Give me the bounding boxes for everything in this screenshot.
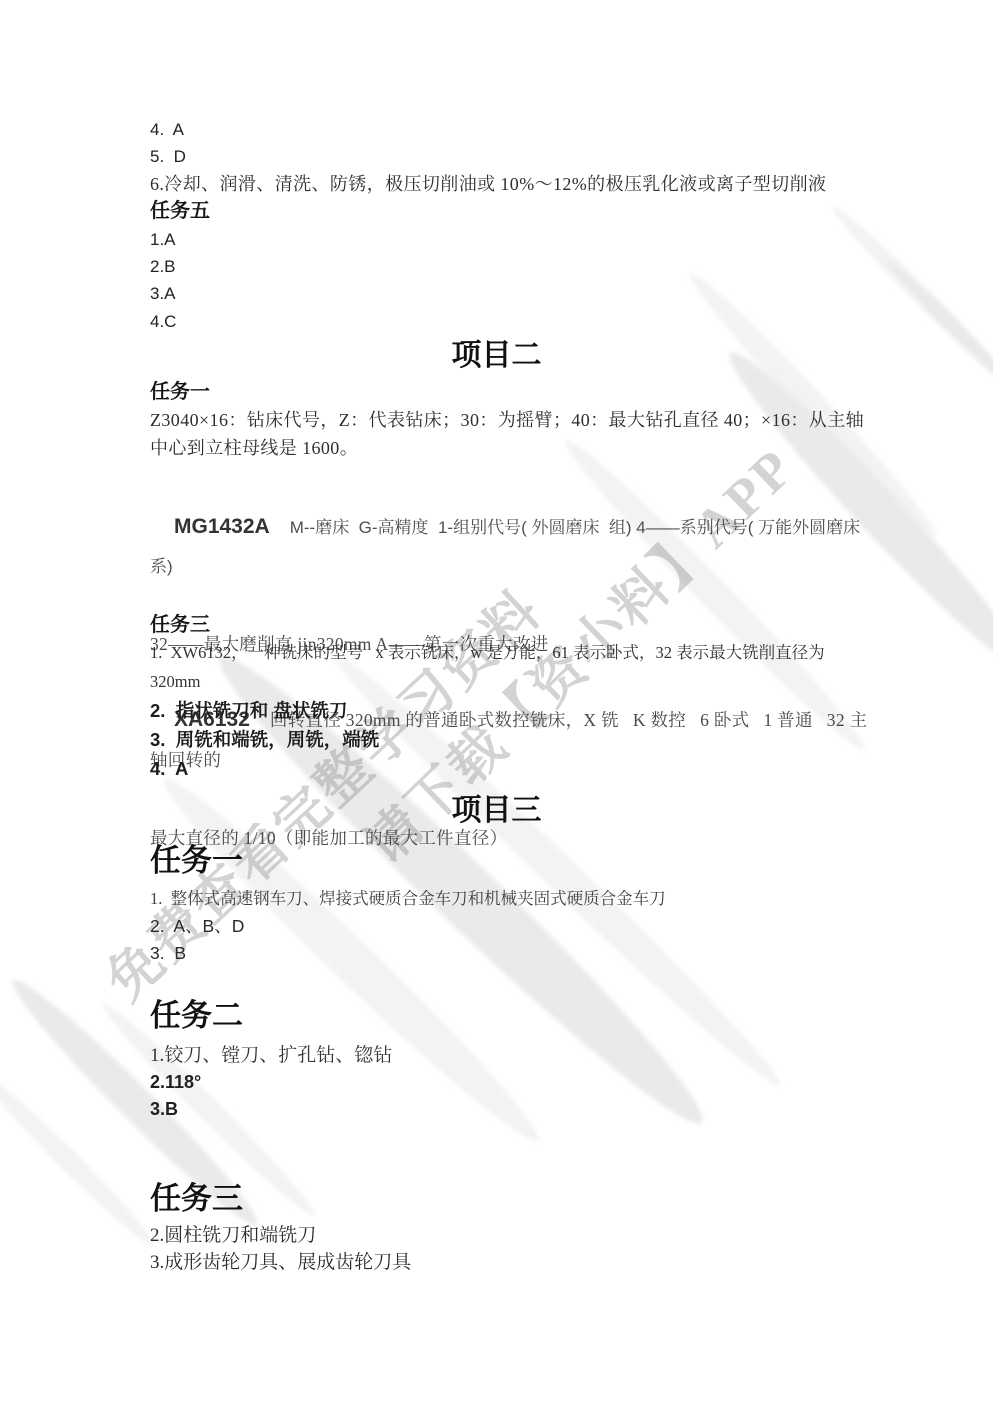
answer-line: 3. B — [150, 940, 873, 968]
task3-heading: 任务三 — [150, 1179, 873, 1219]
project3-task2-answers: 1.铰刀、镗刀、扩孔钻、锪钻 2.118° 3.B — [150, 1042, 873, 1123]
project3-task3: 任务三 — [150, 1179, 873, 1219]
project2-task3-answers: 1. XW6132，一种铣床的型号 x 表示铣床，w 是万能，61 表示卧式，3… — [150, 638, 873, 783]
answer-line: Z3040×16：钻床代号，Z：代表钻床；30：为摇臂；40：最大钻孔直径 40… — [150, 406, 873, 434]
project2-title: 项目二 — [0, 336, 993, 376]
answer-line: 4. A — [150, 754, 873, 783]
project3-task1-answers: 1. 整体式高速钢车刀、焊接式硬质合金车刀和机械夹固式硬质合金车刀 2. A、B… — [150, 885, 873, 968]
answer-line: 2. A、B、D — [150, 913, 873, 941]
answer-line: 3. 周铣和端铣，周铣，端铣 — [150, 725, 873, 754]
document-page: 免费查看完整学习资料 请下载【资小料】APP 4. A 5. D 6.冷却、润滑… — [0, 0, 993, 1404]
answer-line: 1.A — [150, 226, 873, 253]
project2-section: 项目二 — [0, 336, 993, 376]
task2-heading: 任务二 — [150, 996, 873, 1036]
answer-line: 2.B — [150, 253, 873, 280]
task1-heading: 任务一 — [150, 379, 873, 405]
project2-task1-answer: Z3040×16：钻床代号，Z：代表钻床；30：为摇臂；40：最大钻孔直径 40… — [150, 406, 873, 462]
answer-line: 2.118° — [150, 1069, 873, 1096]
task3-heading: 任务三 — [150, 612, 873, 638]
project3-title: 项目三 — [0, 791, 993, 831]
answer-line: 中心到立柱母线是 1600。 — [150, 434, 873, 462]
project3-task1: 任务一 — [150, 841, 873, 881]
project1-answers: 4. A 5. D 6.冷却、润滑、清洗、防锈，极压切削油或 10%～12%的极… — [150, 116, 873, 335]
task1-heading: 任务一 — [150, 841, 873, 881]
project3-task3-answers: 2.圆柱铣刀和端铣刀 3.成形齿轮刀具、展成齿轮刀具 — [150, 1222, 873, 1276]
answer-line: 5. D — [150, 143, 873, 170]
answer-line: 3.A — [150, 280, 873, 307]
answer-line: 3.B — [150, 1096, 873, 1123]
answer-line: 2. 指状铣刀和 盘状铣刀 — [150, 696, 873, 725]
project2-task1: 任务一 — [150, 379, 873, 405]
task5-heading: 任务五 — [150, 198, 873, 225]
answer-line: 6.冷却、润滑、清洗、防锈，极压切削油或 10%～12%的极压乳化液或离子型切削… — [150, 171, 873, 198]
answer-line: 1. 整体式高速钢车刀、焊接式硬质合金车刀和机械夹固式硬质合金车刀 — [150, 885, 873, 913]
answer-line: 1.铰刀、镗刀、扩孔钻、锪钻 — [150, 1042, 873, 1069]
project3-task2: 任务二 — [150, 996, 873, 1036]
answer-line: 2.圆柱铣刀和端铣刀 — [150, 1222, 873, 1249]
answer-line: 1. XW6132，一种铣床的型号 x 表示铣床，w 是万能，61 表示卧式，3… — [150, 638, 873, 696]
answer-line: 4.C — [150, 308, 873, 335]
answer-line: 3.成形齿轮刀具、展成齿轮刀具 — [150, 1249, 873, 1276]
answer-line: 4. A — [150, 116, 873, 143]
project2-task3: 任务三 — [150, 612, 873, 638]
machine-code-label: MG1432A — [174, 515, 270, 538]
project3-section: 项目三 — [0, 791, 993, 831]
mg-answer-line: MG1432AM--磨床 G-高精度 1-组别代号( 外圆磨床 组) 4——系别… — [150, 470, 873, 625]
